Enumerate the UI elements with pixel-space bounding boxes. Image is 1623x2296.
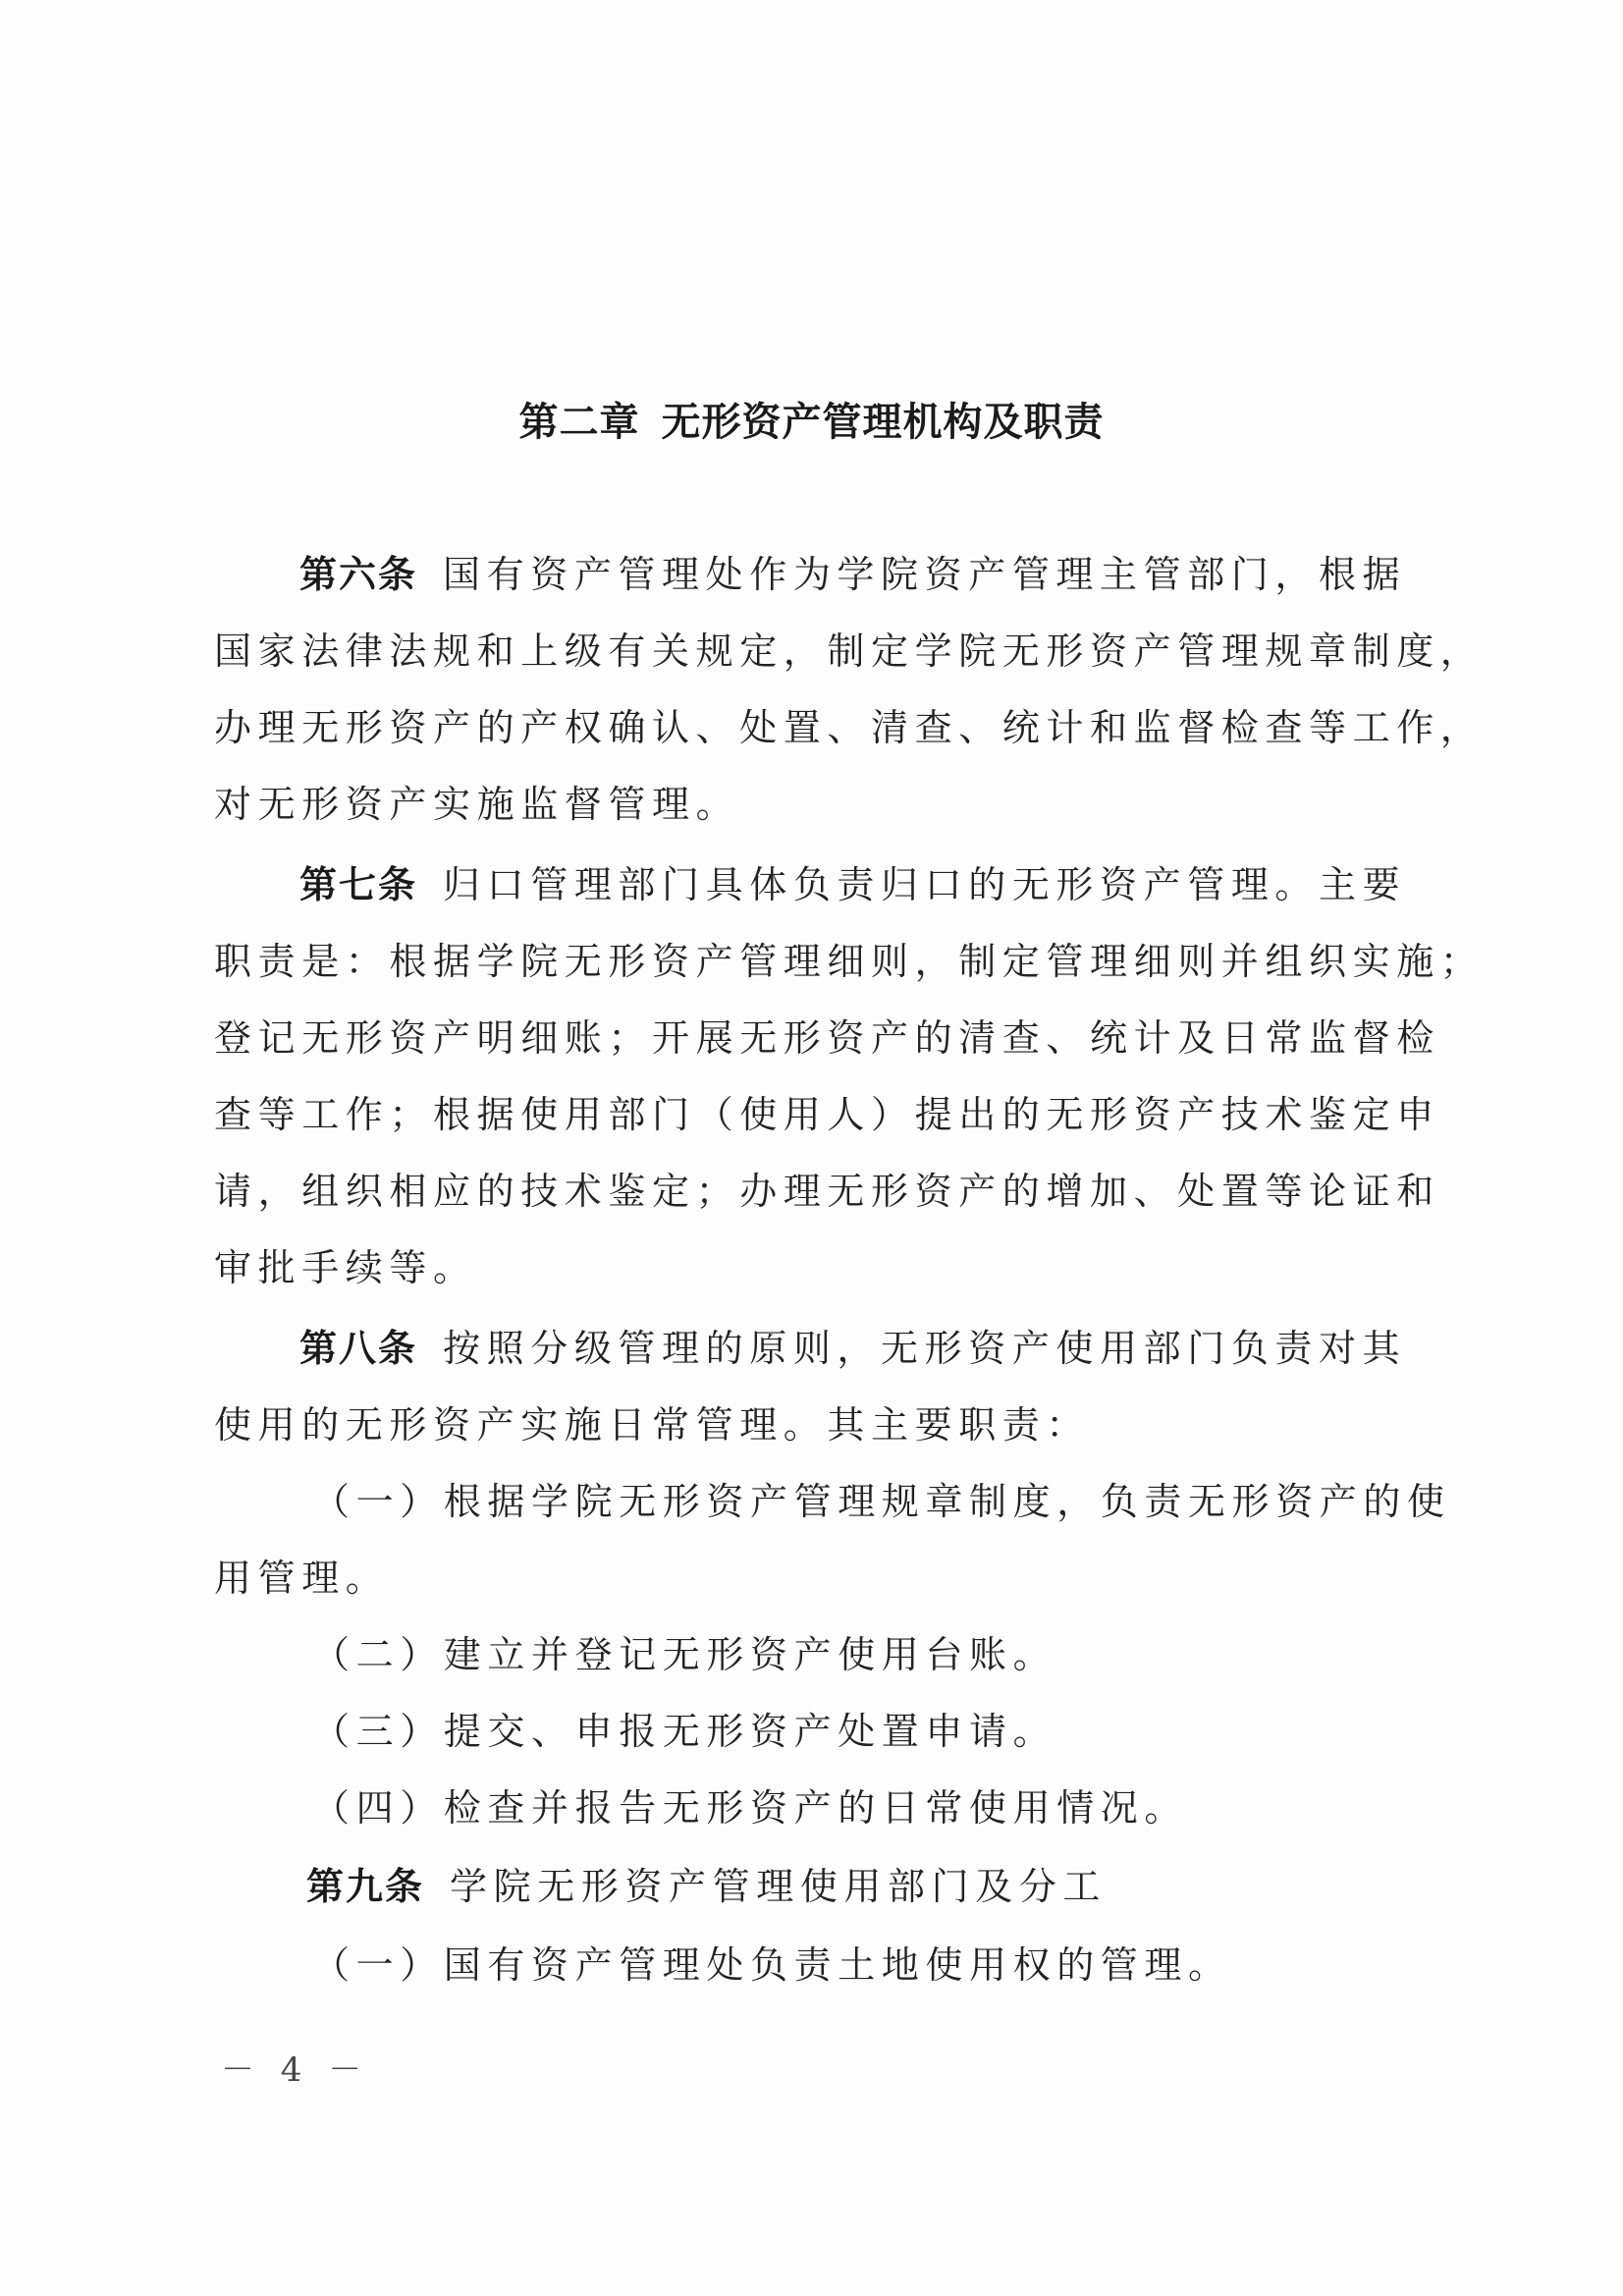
article-7-line-1: 第七条归口管理部门具体负责归口的无形资产管理。主要 (299, 855, 1517, 914)
article-8-item-2: （二）建立并登记无形资产使用台账。 (312, 1625, 1530, 1684)
document-page: 第二章无形资产管理机构及职责 第六条国有资产管理处作为学院资产管理主管部门，根据… (0, 0, 1623, 2296)
article-8-item-1: （一）根据学院无形资产管理规章制度，负责无形资产的使 (312, 1472, 1530, 1531)
chapter-heading: 无形资产管理机构及职责 (662, 400, 1105, 445)
article-7-line-6: 审批手续等。 (214, 1238, 1432, 1297)
chapter-title: 第二章无形资产管理机构及职责 (0, 391, 1623, 447)
article-7-label: 第七条 (299, 863, 417, 906)
article-7-line-4: 查等工作；根据使用部门（使用人）提出的无形资产技术鉴定申 (214, 1085, 1432, 1144)
article-6-line-1: 第六条国有资产管理处作为学院资产管理主管部门，根据 (299, 545, 1517, 604)
article-8-item-3: （三）提交、申报无形资产处置申请。 (312, 1702, 1530, 1761)
article-9-label: 第九条 (306, 1865, 424, 1908)
article-6-line-3: 办理无形资产的产权确认、处置、清查、统计和监督检查等工作， (214, 698, 1432, 757)
article-8-item-1-cont: 用管理。 (214, 1549, 1432, 1608)
article-9-item-1: （一）国有资产管理处负责土地使用权的管理。 (312, 1936, 1530, 1995)
article-7-line-2: 职责是：根据学院无形资产管理细则，制定管理细则并组织实施； (214, 932, 1432, 991)
article-7-line-3: 登记无形资产明细账；开展无形资产的清查、统计及日常监督检 (214, 1009, 1432, 1067)
article-7-line-5: 请，组织相应的技术鉴定；办理无形资产的增加、处置等论证和 (214, 1162, 1432, 1221)
article-6-line-2: 国家法律法规和上级有关规定，制定学院无形资产管理规章制度， (214, 622, 1432, 681)
article-9-line-1: 第九条学院无形资产管理使用部门及分工 (306, 1857, 1524, 1916)
page-number: － 4 － (221, 2043, 369, 2091)
chapter-number: 第二章 (519, 400, 640, 445)
article-8-line-1: 第八条按照分级管理的原则，无形资产使用部门负责对其 (299, 1319, 1517, 1378)
article-6-line-4: 对无形资产实施监督管理。 (214, 775, 1432, 834)
article-8-label: 第八条 (299, 1327, 417, 1370)
article-6-label: 第六条 (299, 553, 417, 596)
article-8-item-4: （四）检查并报告无形资产的日常使用情况。 (312, 1778, 1530, 1837)
article-8-line-2: 使用的无形资产实施日常管理。其主要职责： (214, 1395, 1432, 1454)
